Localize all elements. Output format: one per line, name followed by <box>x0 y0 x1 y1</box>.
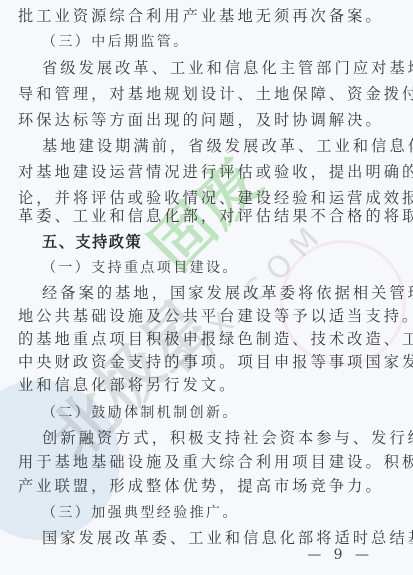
document-page: 固废 北极星 BJX.COM 批工业资源综合利用产业基地无须再次备案。 （三）中… <box>0 0 413 575</box>
paragraph-line: 中央财政资金支持的事项。项目申报等事项国家发展改革委、工 <box>18 352 413 372</box>
paragraph-line: 环保达标等方面出现的问题，及时协调解决。 <box>18 110 384 130</box>
paragraph-line: 的基地重点项目积极申报绿色制造、技术改造、工业转型升级等 <box>18 329 413 349</box>
paragraph-line: 导和管理，对基地规划设计、土地保障、资金拨付、项目审批、 <box>18 84 413 104</box>
section-subheading: （二）鼓励体制机制创新。 <box>42 403 239 423</box>
paragraph-line: 用于基地基础设施及重大综合利用项目建设。积极支持基地组建 <box>18 452 413 472</box>
paragraph-line: 对基地建设运营情况进行评估或验收，提出明确的评估或验收结 <box>18 162 413 182</box>
section-subheading: （三）中后期监管。 <box>42 32 190 52</box>
paragraph-line: 革委、工业和信息化部，对评估结果不合格的将取消基地资格。 <box>18 206 413 226</box>
paragraph-line: 批工业资源综合利用产业基地无须再次备案。 <box>18 6 384 26</box>
paragraph-line: 经备案的基地，国家发展改革委将依据相关管理办法，对基 <box>42 283 413 303</box>
section-subheading: （三）加强典型经验推广。 <box>42 503 239 523</box>
paragraph-line: 省级发展改革、工业和信息化主管部门应对基地建设加强指 <box>42 58 413 78</box>
paragraph-line: 业和信息化部将另行发文。 <box>18 375 237 395</box>
paragraph-line: 创新融资方式，积极支持社会资本参与、发行绿色债券等， <box>42 428 413 448</box>
page-number: — 9 — <box>307 547 373 563</box>
paragraph-line: 论，并将评估或验收情况、建设经验和运营成效报送国家发展改 <box>18 188 413 208</box>
section-subheading: （一）支持重点项目建设。 <box>42 258 239 278</box>
paragraph-line: 地公共基础设施及公共平台建设等予以适当支持。鼓励符合条件 <box>18 306 413 326</box>
paragraph-line: 基地建设期满前，省级发展改革、工业和信息化主管部门应 <box>42 136 413 156</box>
section-heading: 五、支持政策 <box>42 232 142 252</box>
paragraph-line: 产业联盟，形成整体优势，提高市场竞争力。 <box>18 476 384 496</box>
paragraph-line: 国家发展改革委、工业和信息化部将适时总结基地建设经 <box>42 528 413 548</box>
